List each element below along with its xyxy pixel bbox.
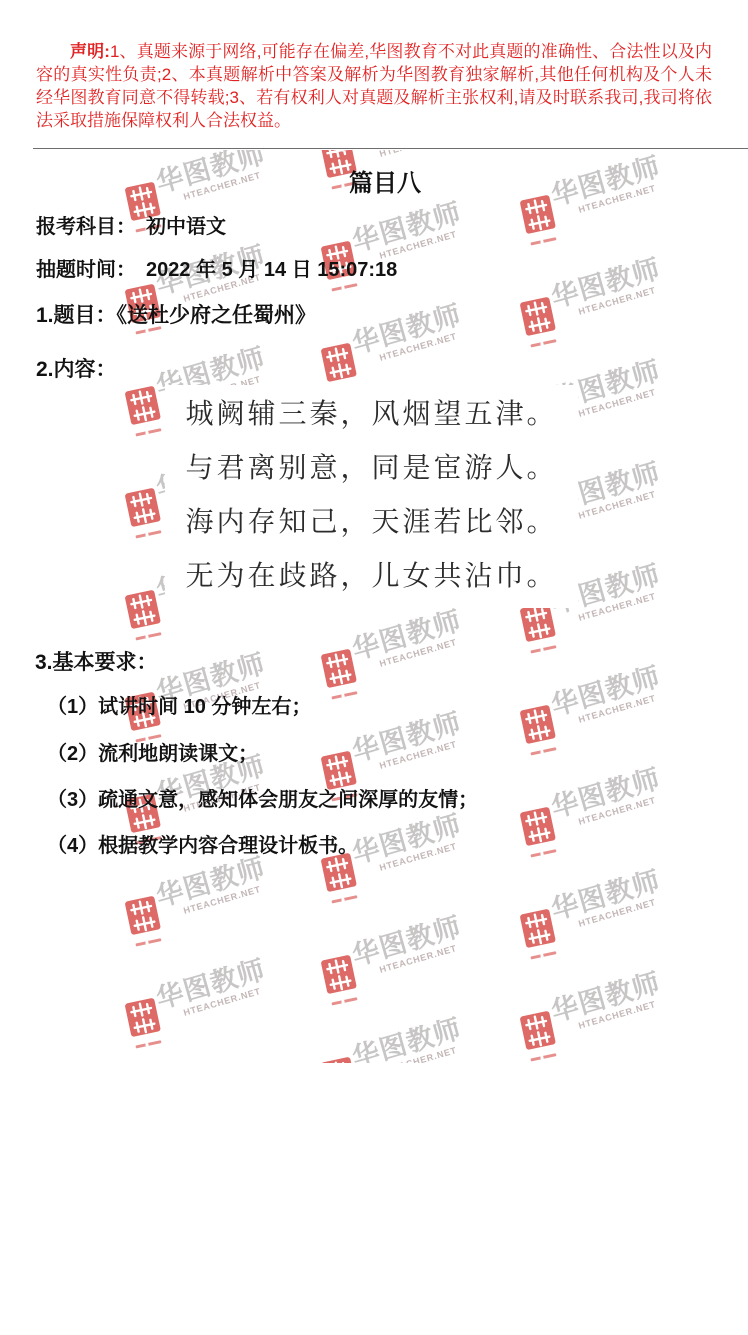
section-heading-requirements: 3.基本要求： [35, 646, 158, 676]
field-value-subject: 初中语文 [146, 216, 226, 238]
poem-line: 与君离别意，同是宦游人。 [165, 441, 578, 495]
disclaimer: 声明:1、真题来源于网络,可能存在偏差,华图教育不对此真题的准确性、合法性以及内… [36, 40, 712, 132]
requirement-item: （4）根据教学内容合理设计板书。 [47, 829, 358, 858]
field-label-draw-time: 抽题时间： [36, 259, 136, 281]
section-heading-content: 2.内容： [36, 353, 117, 383]
question-heading: 1.题目： [36, 304, 117, 327]
field-row-draw-time: 抽题时间：2022 年 5 月 14 日 15:07:18 [36, 253, 397, 282]
poem-image: 城阙辅三秦，风烟望五津。 与君离别意，同是宦游人。 海内存知己，天涯若比邻。 无… [165, 385, 578, 608]
poem-line: 城阙辅三秦，风烟望五津。 [165, 387, 578, 441]
field-row-subject: 报考科目：初中语文 [36, 210, 226, 239]
document-page: 华图教师HTEACHER.NET华图教师HTEACHER.NET华图教师HTEA… [0, 0, 748, 1335]
field-value-draw-time: 2022 年 5 月 14 日 15:07:18 [146, 259, 397, 281]
requirement-item: （2）流利地朗读课文； [47, 737, 258, 766]
section-heading-question: 1.题目：《送杜少府之任蜀州》 [36, 299, 316, 329]
section-divider [33, 148, 748, 149]
requirement-item: （3）疏通文意，感知体会朋友之间深厚的友情； [47, 783, 478, 812]
field-label-subject: 报考科目： [36, 216, 136, 238]
poem-line: 海内存知己，天涯若比邻。 [165, 495, 578, 549]
requirement-item: （1）试讲时间 10 分钟左右； [47, 690, 311, 719]
disclaimer-label: 声明: [70, 42, 110, 61]
disclaimer-text: 1、真题来源于网络,可能存在偏差,华图教育不对此真题的准确性、合法性以及内容的真… [36, 42, 712, 130]
poem-line: 无为在歧路，儿女共沾巾。 [165, 549, 578, 603]
question-title: 《送杜少府之任蜀州》 [117, 304, 317, 327]
page-title: 篇目八 [11, 163, 748, 198]
